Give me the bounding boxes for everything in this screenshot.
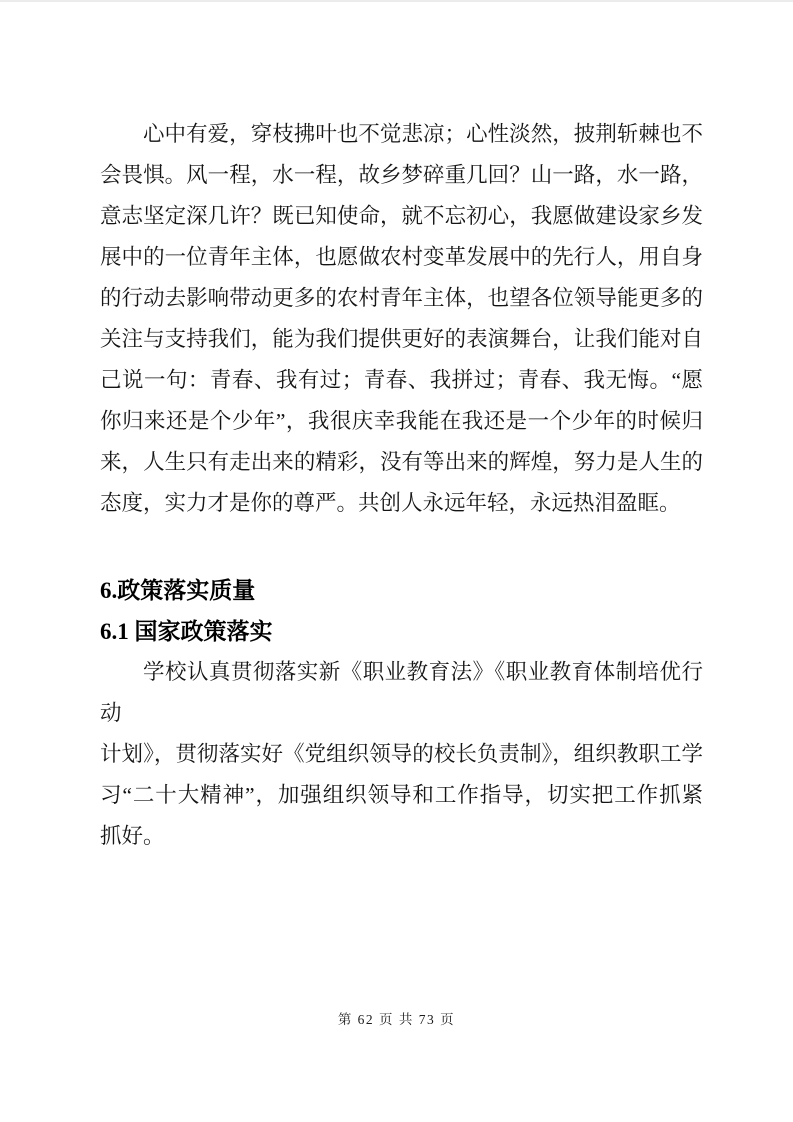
- text-line: 你归来还是个少年”，我很庆幸我能在我还是一个少年的时候归: [100, 401, 703, 442]
- text-line: 会畏惧。风一程，水一程，故乡梦碎重几回？山一路，水一路，: [100, 155, 703, 196]
- text-line: 态度，实力才是你的尊严。共创人永远年轻，永远热泪盈眶。: [100, 483, 703, 524]
- subsection-heading: 6.1 国家政策落实: [100, 611, 703, 652]
- body-paragraph-2: 学校认真贯彻落实新《职业教育法》《职业教育体制培优行动 计划》，贯彻落实好《党组…: [100, 652, 703, 857]
- section-heading: 6.政策落实质量: [100, 570, 703, 611]
- text-line: 展中的一位青年主体，也愿做农村变革发展中的先行人，用自身: [100, 237, 703, 278]
- text-line: 习“二十大精神”，加强组织领导和工作指导，切实把工作抓紧: [100, 775, 703, 816]
- body-paragraph-1: 心中有爱，穿枝拂叶也不觉悲凉；心性淡然，披荆斩棘也不 会畏惧。风一程，水一程，故…: [100, 114, 703, 524]
- text-line: 心中有爱，穿枝拂叶也不觉悲凉；心性淡然，披荆斩棘也不: [100, 114, 703, 155]
- document-page: 心中有爱，穿枝拂叶也不觉悲凉；心性淡然，披荆斩棘也不 会畏惧。风一程，水一程，故…: [0, 0, 793, 1122]
- text-line: 意志坚定深几许？既已知使命，就不忘初心，我愿做建设家乡发: [100, 196, 703, 237]
- text-line: 来，人生只有走出来的精彩，没有等出来的辉煌，努力是人生的: [100, 442, 703, 483]
- text-line: 己说一句：青春、我有过；青春、我拼过；青春、我无悔。“愿: [100, 360, 703, 401]
- page-content: 心中有爱，穿枝拂叶也不觉悲凉；心性淡然，披荆斩棘也不 会畏惧。风一程，水一程，故…: [100, 114, 703, 857]
- text-line: 学校认真贯彻落实新《职业教育法》《职业教育体制培优行动: [100, 652, 703, 734]
- text-line: 的行动去影响带动更多的农村青年主体，也望各位领导能更多的: [100, 278, 703, 319]
- text-line: 抓好。: [100, 816, 703, 857]
- page-number-footer: 第 62 页 共 73 页: [0, 1008, 793, 1028]
- text-line: 关注与支持我们，能为我们提供更好的表演舞台，让我们能对自: [100, 319, 703, 360]
- text-line: 计划》，贯彻落实好《党组织领导的校长负责制》，组织教职工学: [100, 734, 703, 775]
